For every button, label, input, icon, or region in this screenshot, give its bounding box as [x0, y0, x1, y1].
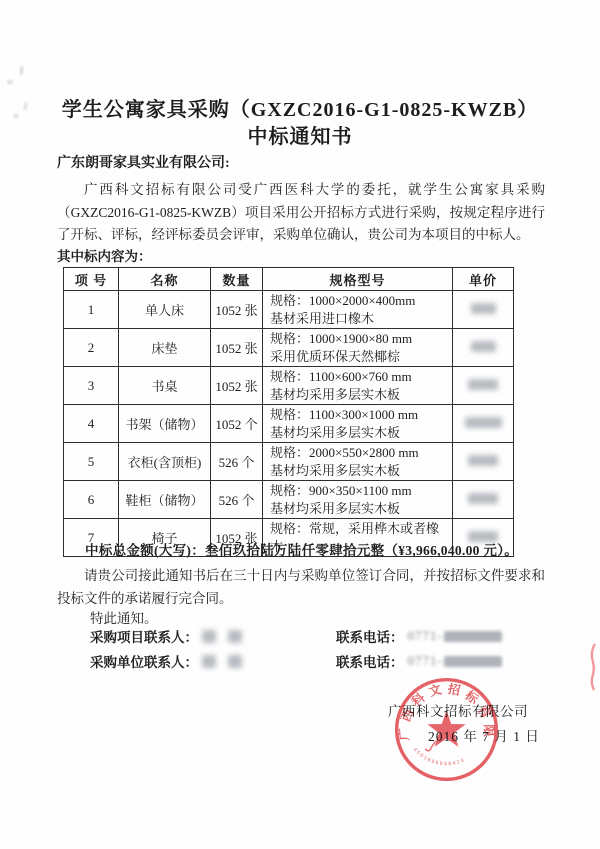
- seal-star-icon: [427, 710, 465, 746]
- document-title: 学生公寓家具采购（GXZC2016-G1-0825-KWZB） 中标通知书: [0, 97, 600, 151]
- cell-item-qty: 526 个: [211, 481, 263, 519]
- cell-item-spec: 规格：1000×2000×400mm 基材采用进口橡木: [263, 291, 453, 329]
- redacted-contact-name: [202, 630, 294, 643]
- spec-line-1: 规格：1100×600×760 mm: [270, 368, 448, 386]
- cell-item-qty: 1052 张: [211, 291, 263, 329]
- seal-serial-number: 4501088888424: [412, 747, 467, 767]
- table-row: 6 鞋柜（储物） 526 个 规格：900×350×1100 mm 基材均采用多…: [64, 481, 514, 519]
- cell-item-no: 3: [64, 367, 119, 405]
- redacted-contact-name: [202, 655, 294, 668]
- cell-item-spec: 规格：2000×550×2800 mm 基材均采用多层实木板: [263, 443, 453, 481]
- title-line-notice: 中标通知书: [0, 124, 600, 151]
- cell-item-spec: 规格：1000×1900×80 mm 采用优质环保天然椰棕: [263, 329, 453, 367]
- redacted-price-blur: [471, 303, 496, 314]
- total-amount-line: 中标总金额(大写)：叁佰玖拾陆万陆仟零肆拾元整（¥3,966,040.00 元）…: [85, 539, 518, 559]
- cell-item-name: 鞋柜（储物）: [119, 481, 211, 519]
- cell-item-spec: 规格：900×350×1100 mm 基材均采用多层实木板: [263, 481, 453, 519]
- spec-line-1: 规格：1000×2000×400mm: [270, 292, 448, 310]
- cell-item-spec: 规格：1100×600×760 mm 基材均采用多层实木板: [263, 367, 453, 405]
- col-header-name: 名称: [119, 268, 211, 291]
- cell-item-qty: 1052 张: [211, 329, 263, 367]
- cell-item-no: 6: [64, 481, 119, 519]
- redacted-price-blur: [465, 417, 502, 428]
- cell-item-no: 4: [64, 405, 119, 443]
- spec-line-2: 基材均采用多层实木板: [270, 386, 448, 404]
- scan-speck: [6, 79, 13, 85]
- contact-row-project: 采购项目联系人： 联系电话： 0771-: [90, 626, 540, 646]
- body-paragraph-2: 请贵公司接此通知书后在三十日内与采购单位签订合同，并按招标文件要求和投标文件的承…: [57, 564, 545, 610]
- col-header-qty: 数量: [211, 268, 263, 291]
- cell-item-price-redacted: [453, 329, 514, 367]
- cell-item-qty: 1052 个: [211, 405, 263, 443]
- col-header-spec: 规格型号: [263, 268, 453, 291]
- spec-line-1: 规格：1100×300×1000 mm: [270, 406, 448, 424]
- redacted-phone-number: 0771-: [408, 653, 502, 669]
- redacted-price-blur: [468, 455, 498, 466]
- contact-label: 采购单位联系人：: [90, 651, 198, 671]
- table-header-row: 项 号 名称 数量 规格型号 单价: [64, 268, 514, 291]
- phone-prefix: 0771-: [408, 628, 443, 644]
- contact-label: 采购项目联系人：: [90, 626, 198, 646]
- cell-item-price-redacted: [453, 367, 514, 405]
- phone-label: 联系电话：: [336, 626, 404, 646]
- title-line-project: 学生公寓家具采购（GXZC2016-G1-0825-KWZB）: [0, 97, 600, 124]
- spec-line-1: 规格：900×350×1100 mm: [270, 482, 448, 500]
- redacted-price-blur: [471, 341, 496, 352]
- phone-prefix: 0771-: [408, 653, 443, 669]
- cell-item-qty: 1052 张: [211, 367, 263, 405]
- spec-line-2: 基材均采用多层实木板: [270, 500, 448, 518]
- redacted-phone-number: 0771-: [408, 628, 502, 644]
- cell-item-qty: 526 个: [211, 443, 263, 481]
- cell-item-no: 5: [64, 443, 119, 481]
- cell-item-price-redacted: [453, 443, 514, 481]
- addressee: 广东朗哥家具实业有限公司:: [57, 152, 230, 172]
- redacted-phone-blur: [444, 631, 502, 642]
- scanned-document-page: 学生公寓家具采购（GXZC2016-G1-0825-KWZB） 中标通知书 广东…: [0, 0, 600, 849]
- cell-item-price-redacted: [453, 405, 514, 443]
- table-row: 2 床垫 1052 张 规格：1000×1900×80 mm 采用优质环保天然椰…: [64, 329, 514, 367]
- cell-item-price-redacted: [453, 481, 514, 519]
- table-row: 4 书架（储物） 1052 个 规格：1100×300×1000 mm 基材均采…: [64, 405, 514, 443]
- col-header-price: 单价: [453, 268, 514, 291]
- svg-text:4501088888424: 4501088888424: [412, 747, 467, 767]
- spec-line-2: 基材均采用多层实木板: [270, 424, 448, 442]
- cell-item-spec: 规格：1100×300×1000 mm 基材均采用多层实木板: [263, 405, 453, 443]
- col-header-item-no: 项 号: [64, 268, 119, 291]
- contact-row-purchaser: 采购单位联系人： 联系电话： 0771-: [90, 651, 540, 671]
- cell-item-name: 书桌: [119, 367, 211, 405]
- spec-line-2: 采用优质环保天然椰棕: [270, 348, 448, 366]
- cell-item-no: 1: [64, 291, 119, 329]
- cell-item-price-redacted: [453, 291, 514, 329]
- spec-line-2: 基材采用进口橡木: [270, 310, 448, 328]
- cell-item-name: 单人床: [119, 291, 211, 329]
- cell-item-no: 2: [64, 329, 119, 367]
- company-seal-stamp: 广西科文招标有限公司 4501088888424: [389, 672, 504, 787]
- phone-label: 联系电话：: [336, 651, 404, 671]
- award-items-table: 项 号 名称 数量 规格型号 单价 1 单人床 1052 张 规格：1000×2…: [63, 267, 514, 557]
- closing-line: 特此通知。: [90, 607, 158, 627]
- redacted-phone-blur: [444, 656, 502, 667]
- page-edge-red-mark: [585, 642, 599, 692]
- spec-line-1: 规格：2000×550×2800 mm: [270, 444, 448, 462]
- seal-ink-squiggle: [425, 741, 436, 751]
- spec-line-2: 基材均采用多层实木板: [270, 462, 448, 480]
- body-paragraph-1: 广西科文招标有限公司受广西医科大学的委托，就学生公寓家具采购（GXZC2016-…: [57, 179, 545, 247]
- cell-item-name: 衣柜(含顶柜): [119, 443, 211, 481]
- table-row: 5 衣柜(含顶柜) 526 个 规格：2000×550×2800 mm 基材均采…: [64, 443, 514, 481]
- redacted-price-blur: [468, 493, 498, 504]
- table-row: 3 书桌 1052 张 规格：1100×600×760 mm 基材均采用多层实木…: [64, 367, 514, 405]
- cell-item-name: 书架（储物）: [119, 405, 211, 443]
- scan-speck: [19, 66, 23, 75]
- table-row: 1 单人床 1052 张 规格：1000×2000×400mm 基材采用进口橡木: [64, 291, 514, 329]
- table-intro-label: 其中标内容为：: [57, 245, 152, 265]
- redacted-price-blur: [468, 379, 498, 390]
- spec-line-1: 规格：1000×1900×80 mm: [270, 330, 448, 348]
- cell-item-name: 床垫: [119, 329, 211, 367]
